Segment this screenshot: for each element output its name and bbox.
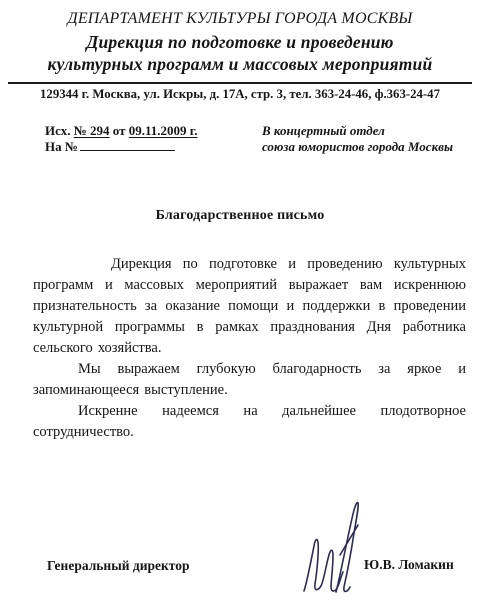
- body-paragraph-1: Дирекция по подготовке и проведению куль…: [33, 254, 466, 359]
- body-paragraph-3: Искренне надеемся на дальнейшее плодотво…: [33, 401, 466, 443]
- outgoing-from-word: от: [113, 123, 126, 138]
- letter-title: Благодарственное письмо: [0, 208, 480, 224]
- incoming-number-blank: [80, 138, 175, 151]
- org-subtitle-line1: Дирекция по подготовке и проведению: [0, 31, 480, 53]
- incoming-prefix: На №: [45, 139, 78, 154]
- body-paragraph-2: Мы выражаем глубокую благодарность за яр…: [33, 359, 466, 401]
- outgoing-date: 09.11.2009 г.: [129, 123, 198, 138]
- addressee-block: В концертный отдел союза юмористов город…: [262, 123, 453, 155]
- incoming-reference-line: На №: [45, 138, 198, 154]
- letterhead-divider: [8, 82, 472, 84]
- outgoing-reference-line: Исх. № 294 от 09.11.2009 г.: [45, 123, 198, 138]
- handwritten-signature: [300, 499, 364, 597]
- outgoing-number: № 294: [74, 123, 110, 138]
- addressee-line1: В концертный отдел: [262, 123, 453, 139]
- outgoing-prefix: Исх.: [45, 123, 70, 138]
- org-title: ДЕПАРТАМЕНТ КУЛЬТУРЫ ГОРОДА МОСКВЫ: [0, 9, 480, 29]
- letterhead: ДЕПАРТАМЕНТ КУЛЬТУРЫ ГОРОДА МОСКВЫ Дирек…: [0, 0, 480, 102]
- outgoing-reference-block: Исх. № 294 от 09.11.2009 г. На №: [45, 123, 198, 154]
- addressee-line2: союза юмористов города Москвы: [262, 139, 453, 155]
- signature-area: Генеральный директор Ю.В. Ломакин: [0, 492, 480, 607]
- letter-page: ДЕПАРТАМЕНТ КУЛЬТУРЫ ГОРОДА МОСКВЫ Дирек…: [0, 0, 480, 607]
- reference-row: Исх. № 294 от 09.11.2009 г. На № В конце…: [0, 123, 480, 155]
- signer-role: Генеральный директор: [47, 558, 189, 574]
- signer-name: Ю.В. Ломакин: [364, 557, 454, 573]
- org-address: 129344 г. Москва, ул. Искры, д. 17А, стр…: [0, 87, 480, 102]
- org-subtitle-line2: культурных программ и массовых мероприят…: [0, 53, 480, 75]
- letter-body: Дирекция по подготовке и проведению куль…: [33, 254, 466, 443]
